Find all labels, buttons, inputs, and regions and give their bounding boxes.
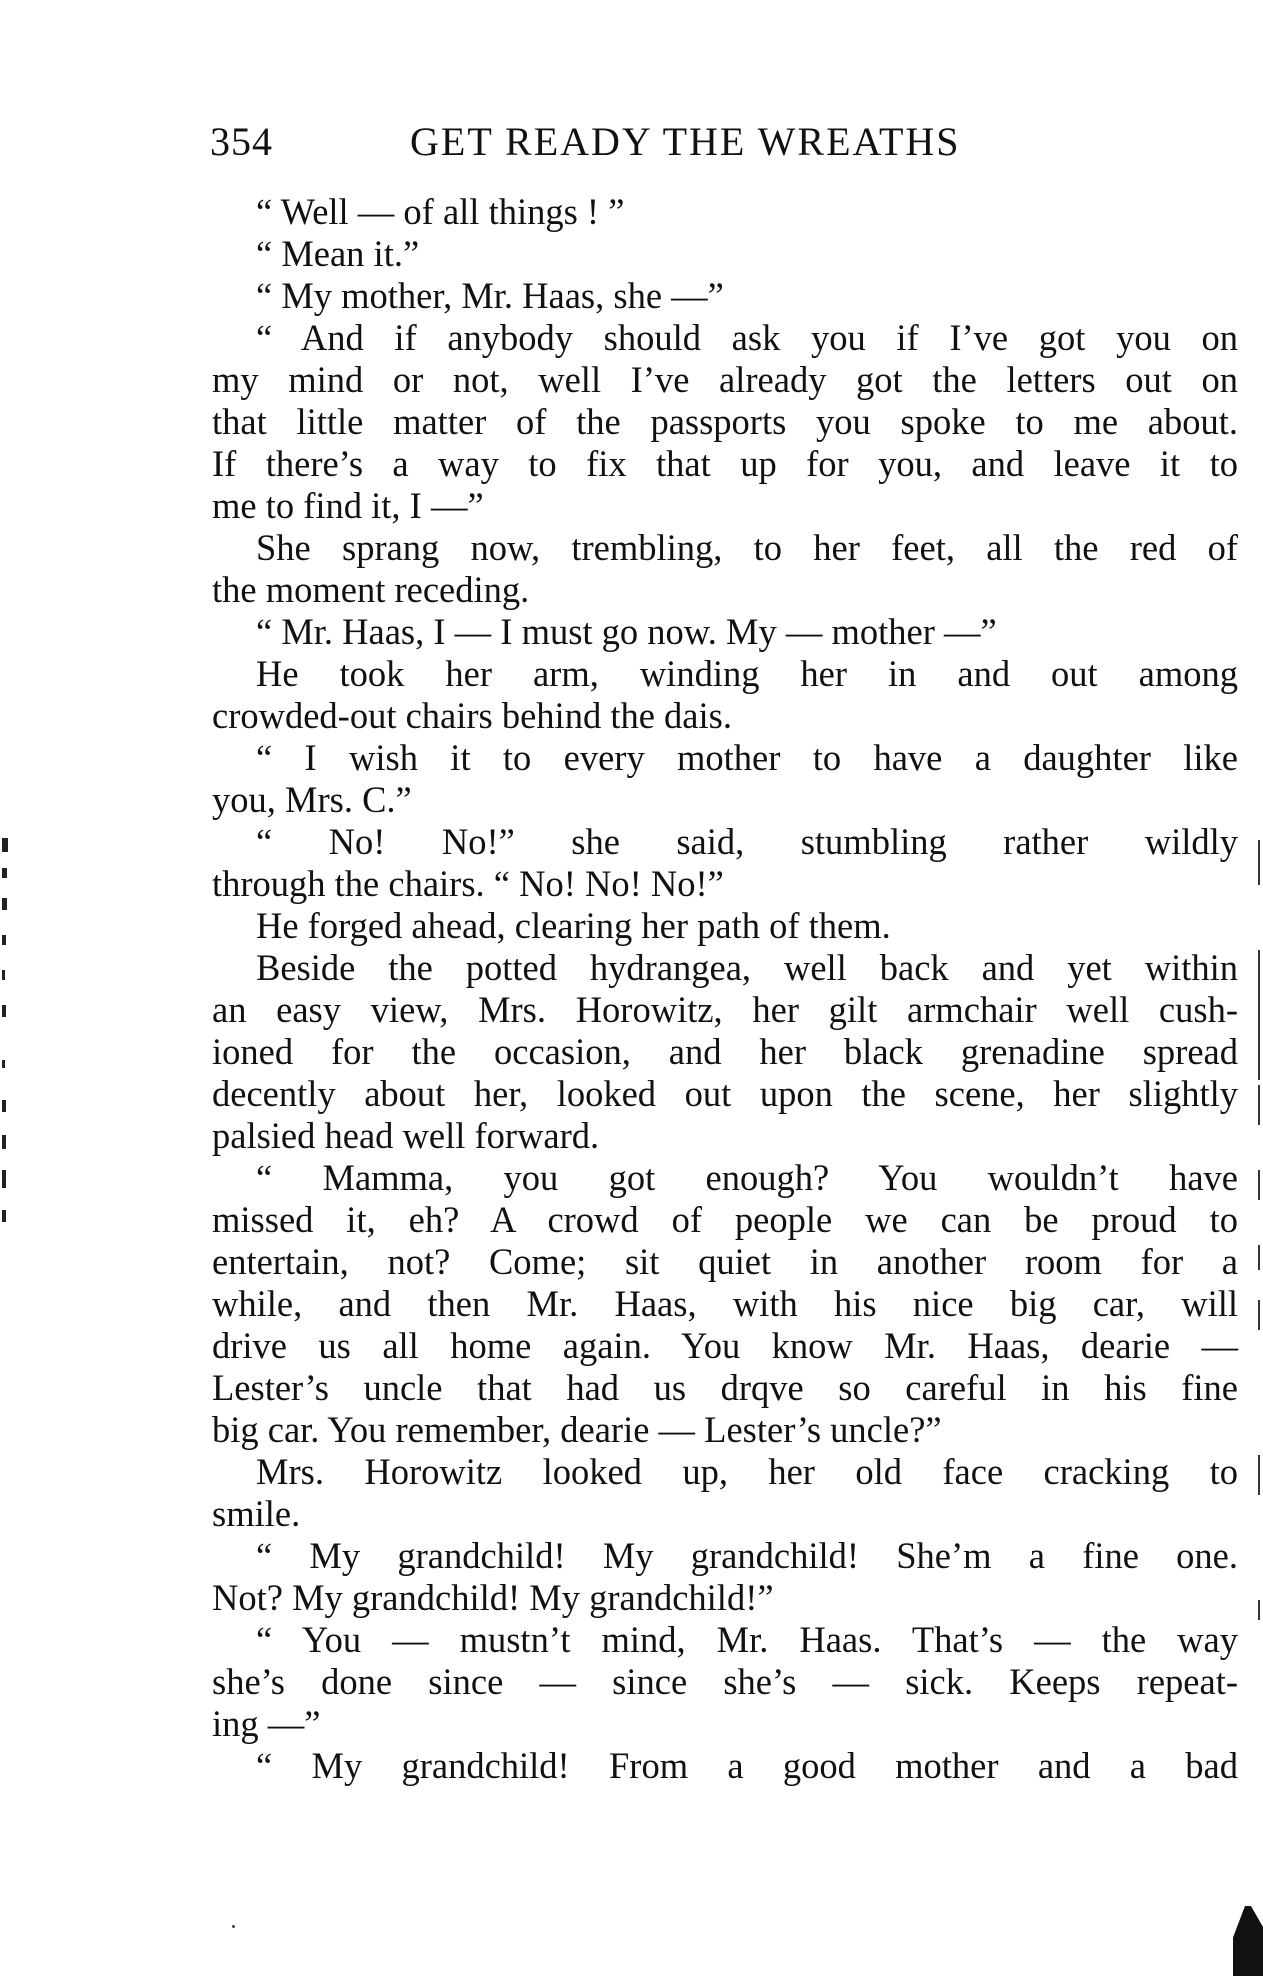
page-number: 354 <box>210 118 273 165</box>
left-margin-bleed-mark <box>2 970 5 980</box>
left-margin-bleed-mark <box>2 1005 6 1017</box>
right-edge-shadow <box>1258 1600 1260 1620</box>
text-line: “ Mr. Haas, I — I must go now. My — moth… <box>212 611 1238 653</box>
text-line: “ My grandchild! My grandchild! She’m a … <box>212 1535 1238 1577</box>
book-page: 354 GET READY THE WREATHS “ Well — of al… <box>0 0 1263 1976</box>
text-line: an easy view, Mrs. Horowitz, her gilt ar… <box>212 989 1238 1031</box>
text-line: that little matter of the passports you … <box>212 401 1238 443</box>
text-line: He took her arm, winding her in and out … <box>212 653 1238 695</box>
left-margin-bleed-mark <box>2 898 7 910</box>
left-margin-bleed-mark <box>2 1210 6 1222</box>
text-line: “ Well — of all things ! ” <box>212 191 1238 233</box>
text-line: “ I wish it to every mother to have a da… <box>212 737 1238 779</box>
right-edge-shadow <box>1258 840 1260 885</box>
text-line: “ Mean it.” <box>212 233 1238 275</box>
text-line: my mind or not, well I’ve already got th… <box>212 359 1238 401</box>
left-margin-bleed-mark <box>2 838 8 852</box>
text-line: decently about her, looked out upon the … <box>212 1073 1238 1115</box>
right-edge-shadow <box>1258 1300 1260 1330</box>
text-line: Lester’s uncle that had us drqve so care… <box>212 1367 1238 1409</box>
text-line: “ No! No!” she said, stumbling rather wi… <box>212 821 1238 863</box>
right-edge-shadow <box>1258 1455 1260 1495</box>
corner-ink-blot <box>1233 1906 1263 1976</box>
text-line: she’s done since — since she’s — sick. K… <box>212 1661 1238 1703</box>
right-edge-shadow <box>1258 950 1260 1080</box>
text-line: while, and then Mr. Haas, with his nice … <box>212 1283 1238 1325</box>
text-line: the moment receding. <box>212 569 1238 611</box>
right-edge-shadow <box>1258 1170 1260 1200</box>
left-margin-bleed-mark <box>2 1135 6 1149</box>
right-edge-shadow <box>1258 1085 1260 1125</box>
text-line: If there’s a way to fix that up for you,… <box>212 443 1238 485</box>
text-line: ing —” <box>212 1703 1238 1745</box>
running-title: GET READY THE WREATHS <box>410 118 961 165</box>
text-line: “ My mother, Mr. Haas, she —” <box>212 275 1238 317</box>
text-line: big car. You remember, dearie — Lester’s… <box>212 1409 1238 1451</box>
text-line: smile. <box>212 1493 1238 1535</box>
text-line: “ You — mustn’t mind, Mr. Haas. That’s —… <box>212 1619 1238 1661</box>
text-line: entertain, not? Come; sit quiet in anoth… <box>212 1241 1238 1283</box>
text-line: palsied head well forward. <box>212 1115 1238 1157</box>
scan-speck <box>232 1925 235 1928</box>
text-line: He forged ahead, clearing her path of th… <box>212 905 1238 947</box>
text-line: ioned for the occasion, and her black gr… <box>212 1031 1238 1073</box>
text-line: you, Mrs. C.” <box>212 779 1238 821</box>
text-line: She sprang now, trembling, to her feet, … <box>212 527 1238 569</box>
text-line: crowded-out chairs behind the dais. <box>212 695 1238 737</box>
left-margin-bleed-mark <box>2 868 7 878</box>
left-margin-bleed-mark <box>2 935 6 945</box>
running-header: 354 GET READY THE WREATHS <box>210 118 1240 168</box>
text-line: Beside the potted hydrangea, well back a… <box>212 947 1238 989</box>
right-edge-shadow <box>1258 1245 1260 1270</box>
left-margin-bleed-mark <box>2 1170 6 1188</box>
left-margin-bleed-mark <box>2 1060 5 1068</box>
text-line: “ Mamma, you got enough? You wouldn’t ha… <box>212 1157 1238 1199</box>
text-line: “ My grandchild! From a good mother and … <box>212 1745 1238 1787</box>
left-margin-bleed-mark <box>2 1100 6 1112</box>
text-line: missed it, eh? A crowd of people we can … <box>212 1199 1238 1241</box>
text-line: me to find it, I —” <box>212 485 1238 527</box>
text-line: drive us all home again. You know Mr. Ha… <box>212 1325 1238 1367</box>
text-line: Mrs. Horowitz looked up, her old face cr… <box>212 1451 1238 1493</box>
body-text: “ Well — of all things ! ”“ Mean it.”“ M… <box>212 191 1238 1787</box>
text-line: through the chairs. “ No! No! No!” <box>212 863 1238 905</box>
text-line: “ And if anybody should ask you if I’ve … <box>212 317 1238 359</box>
text-line: Not? My grandchild! My grandchild!” <box>212 1577 1238 1619</box>
